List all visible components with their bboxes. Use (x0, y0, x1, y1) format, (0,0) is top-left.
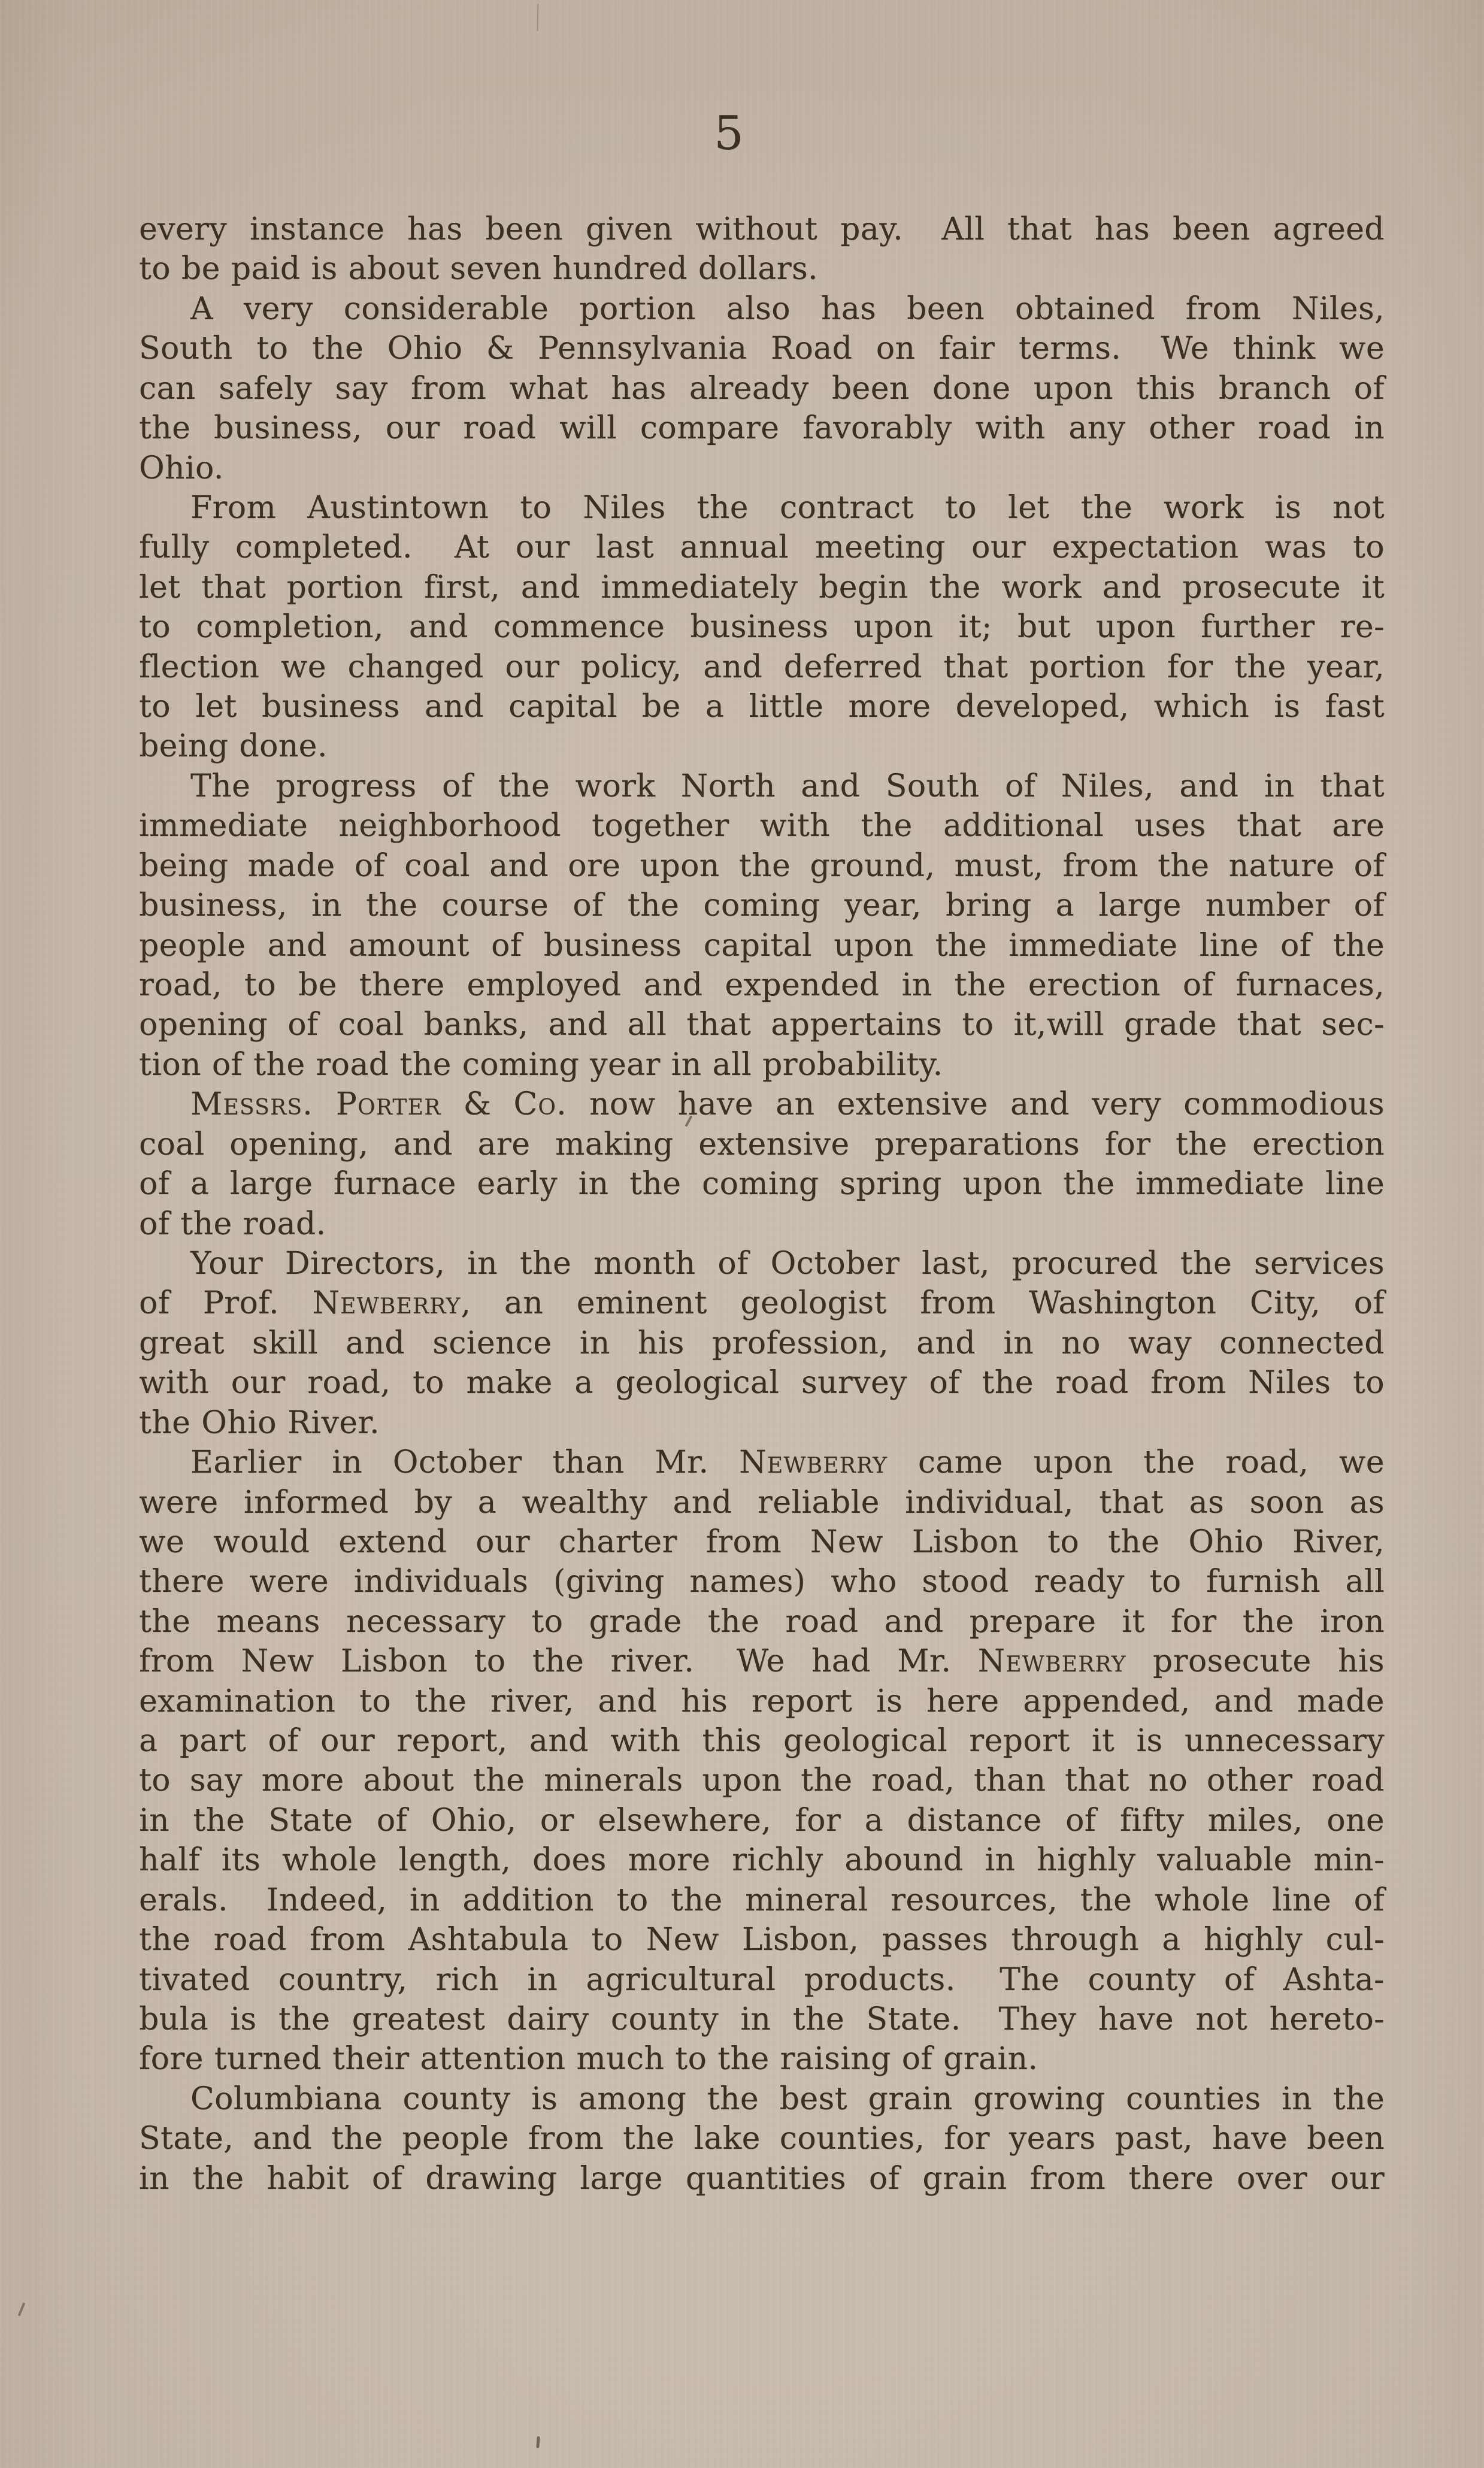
ink-speck (18, 2302, 26, 2316)
text-line: of a large furnace early in the coming s… (139, 1164, 1385, 1204)
text-line: the means necessary to grade the road an… (139, 1602, 1385, 1642)
text-line: people and amount of business capital up… (139, 926, 1385, 965)
smallcaps-name: Newberry (978, 1643, 1126, 1679)
text-line: a part of our report, and with this geol… (139, 1721, 1385, 1761)
text-line: being made of coal and ore upon the grou… (139, 846, 1385, 886)
page-number: 5 (0, 108, 1458, 159)
text-line: business, in the course of the coming ye… (139, 886, 1385, 925)
text-line: South to the Ohio & Pennsylvania Road on… (139, 329, 1385, 368)
text-line: every instance has been given without pa… (139, 210, 1385, 249)
text-line: Columbiana county is among the best grai… (139, 2079, 1385, 2119)
text-line: immediate neighborhood together with the… (139, 806, 1385, 846)
text-line: to let business and capital be a little … (139, 687, 1385, 726)
text-line: being done. (139, 726, 1385, 766)
text-line: to be paid is about seven hundred dollar… (139, 249, 1385, 289)
text-line: to completion, and commence business upo… (139, 607, 1385, 647)
text-line: The progress of the work North and South… (139, 767, 1385, 806)
text-line: tion of the road the coming year in all … (139, 1045, 1385, 1085)
text-line: road, to be there employed and expended … (139, 965, 1385, 1005)
smallcaps-name: Co. (513, 1086, 567, 1122)
text-line: coal opening, and are making extensive p… (139, 1125, 1385, 1164)
paper-fiber-mark (537, 4, 539, 31)
text-line: bula is the greatest dairy county in the… (139, 2000, 1385, 2039)
text-line: Messrs. Porter & Co. now have an extensi… (139, 1085, 1385, 1124)
text-line: Your Directors, in the month of October … (139, 1244, 1385, 1283)
text-line: fore turned their attention much to the … (139, 2039, 1385, 2079)
text-line: flection we changed our policy, and defe… (139, 647, 1385, 687)
text-line: fully completed. At our last annual meet… (139, 528, 1385, 567)
text-line: tivated country, rich in agricultural pr… (139, 1960, 1385, 2000)
text-line: the business, our road will compare favo… (139, 408, 1385, 448)
text-line: with our road, to make a geological surv… (139, 1363, 1385, 1403)
text-line: in the State of Ohio, or elsewhere, for … (139, 1801, 1385, 1840)
body-text: every instance has been given without pa… (139, 210, 1385, 2199)
ink-speck (536, 2436, 540, 2448)
text-line: Earlier in October than Mr. Newberry cam… (139, 1443, 1385, 1482)
smallcaps-name: Newberry (739, 1445, 888, 1480)
text-line: State, and the people from the lake coun… (139, 2119, 1385, 2158)
text-line: to say more about the minerals upon the … (139, 1761, 1385, 1800)
text-line: we would extend our charter from New Lis… (139, 1522, 1385, 1562)
text-line: the Ohio River. (139, 1403, 1385, 1443)
text-line: the road from Ashtabula to New Lisbon, p… (139, 1920, 1385, 1960)
smallcaps-name: Messrs. Porter (190, 1086, 441, 1122)
text-line: From Austintown to Niles the contract to… (139, 488, 1385, 528)
text-line: opening of coal banks, and all that appe… (139, 1005, 1385, 1044)
text-line: in the habit of drawing large quantities… (139, 2159, 1385, 2199)
smallcaps-name: Newberry (312, 1285, 461, 1321)
text-line: of Prof. Newberry, an eminent geologist … (139, 1283, 1385, 1323)
text-line: let that portion first, and immediately … (139, 568, 1385, 607)
text-line: great skill and science in his professio… (139, 1324, 1385, 1363)
text-line: examination to the river, and his report… (139, 1682, 1385, 1721)
scanned-page: 5 every instance has been given without … (0, 0, 1484, 2468)
text-line: of the road. (139, 1204, 1385, 1244)
text-line: there were individuals (giving names) wh… (139, 1562, 1385, 1601)
text-line: erals. Indeed, in addition to the minera… (139, 1880, 1385, 1920)
text-line: Ohio. (139, 449, 1385, 488)
text-line: A very considerable portion also has bee… (139, 289, 1385, 329)
text-line: half its whole length, does more richly … (139, 1840, 1385, 1880)
text-line: from New Lisbon to the river. We had Mr.… (139, 1642, 1385, 1681)
text-line: were informed by a wealthy and reliable … (139, 1483, 1385, 1522)
text-line: can safely say from what has already bee… (139, 369, 1385, 408)
